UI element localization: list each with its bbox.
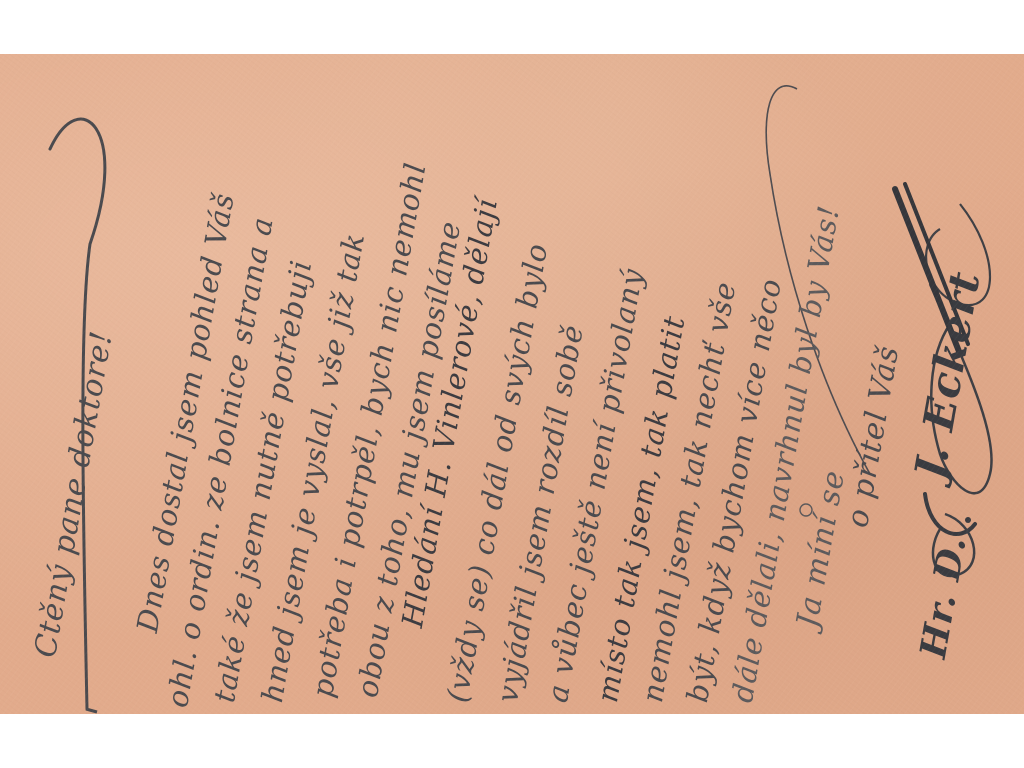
initials-dot	[965, 517, 971, 523]
divider-foot	[86, 709, 97, 712]
postcard: Ctěný pane doktore! Dnes dostal jsem poh…	[0, 54, 1024, 714]
signature-underscore	[925, 494, 975, 534]
